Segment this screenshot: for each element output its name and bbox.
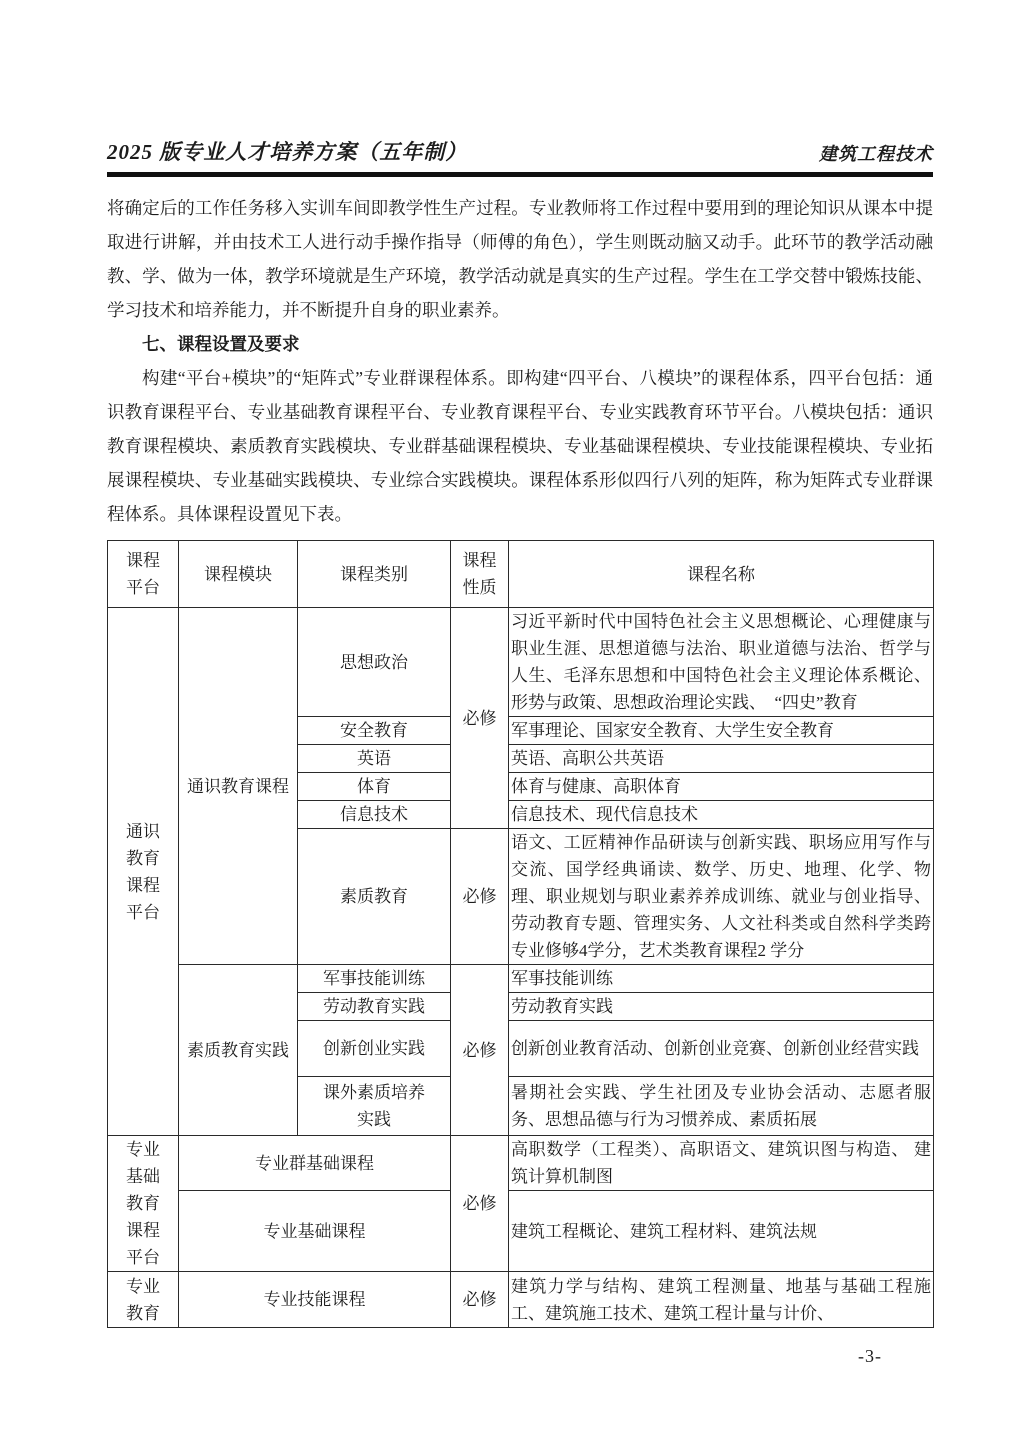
course-name-cell: 暑期社会实践、学生社团及专业协会活动、志愿者服务、思想品德与行为习惯养成、素质拓…	[509, 1077, 934, 1136]
nature-cell: 必修	[451, 1272, 509, 1328]
section-heading: 七、课程设置及要求	[107, 327, 933, 361]
category-cell: 专业技能课程	[179, 1272, 451, 1328]
module-cell-general: 通识教育课程	[179, 608, 298, 965]
nature-cell: 必修	[451, 1136, 509, 1272]
header-double-rule	[107, 172, 933, 177]
course-name-cell: 军事理论、国家安全教育、大学生安全教育	[509, 717, 934, 745]
course-name-cell: 建筑力学与结构、建筑工程测量、地基与基础工程施工、建筑施工技术、建筑工程计量与计…	[509, 1272, 934, 1328]
nature-cell: 必修	[451, 829, 509, 965]
paragraph-overview: 构建“平台+模块”的“矩阵式”专业群课程体系。即构建“四平台、八模块”的课程体系…	[107, 361, 933, 531]
course-structure-table: 课程 平台 课程模块 课程类别 课程 性质 课程名称 通识 教育 课程 平台 通…	[107, 540, 934, 1328]
platform-cell-pro-edu: 专业 教育	[108, 1272, 179, 1328]
course-name-cell: 体育与健康、高职体育	[509, 773, 934, 801]
col-header-category: 课程类别	[298, 541, 451, 608]
module-cell-quality: 素质教育实践	[179, 965, 298, 1136]
body-text: 将确定后的工作任务移入实训车间即教学性生产过程。专业教师将工作过程中要用到的理论…	[107, 191, 933, 531]
category-cell: 劳动教育实践	[298, 993, 451, 1021]
nature-cell: 必修	[451, 608, 509, 829]
course-name-cell: 信息技术、现代信息技术	[509, 801, 934, 829]
category-cell: 课外素质培养 实践	[298, 1077, 451, 1136]
category-cell: 素质教育	[298, 829, 451, 965]
document-page: 2025 版专业人才培养方案（五年制） 建筑工程技术 将确定后的工作任务移入实训…	[0, 0, 1024, 1448]
table-row: 专业基础课程 建筑工程概论、建筑工程材料、建筑法规	[108, 1191, 934, 1272]
category-cell: 英语	[298, 745, 451, 773]
category-cell: 军事技能训练	[298, 965, 451, 993]
category-cell: 体育	[298, 773, 451, 801]
page-content: 2025 版专业人才培养方案（五年制） 建筑工程技术 将确定后的工作任务移入实训…	[107, 136, 933, 1328]
category-cell: 专业群基础课程	[179, 1136, 451, 1191]
course-name-cell: 语文、工匠精神作品研读与创新实践、职场应用写作与交流、国学经典诵读、数学、历史、…	[509, 829, 934, 965]
nature-cell: 必修	[451, 965, 509, 1136]
course-name-cell: 建筑工程概论、建筑工程材料、建筑法规	[509, 1191, 934, 1272]
header-title-right: 建筑工程技术	[819, 140, 933, 166]
table-row: 专业 基础 教育 课程 平台 专业群基础课程 必修 高职数学（工程类）、高职语文…	[108, 1136, 934, 1191]
category-cell: 思想政治	[298, 608, 451, 717]
page-number: -3-	[858, 1346, 882, 1367]
category-cell: 信息技术	[298, 801, 451, 829]
table-header-row: 课程 平台 课程模块 课程类别 课程 性质 课程名称	[108, 541, 934, 608]
running-header: 2025 版专业人才培养方案（五年制） 建筑工程技术	[107, 136, 933, 177]
header-title-left: 2025 版专业人才培养方案（五年制）	[107, 136, 467, 166]
course-name-cell: 高职数学（工程类）、高职语文、建筑识图与构造、 建筑计算机制图	[509, 1136, 934, 1191]
col-header-name: 课程名称	[509, 541, 934, 608]
platform-cell-general: 通识 教育 课程 平台	[108, 608, 179, 1136]
table-row: 通识 教育 课程 平台 通识教育课程 思想政治 必修 习近平新时代中国特色社会主…	[108, 608, 934, 717]
course-name-cell: 习近平新时代中国特色社会主义思想概论、心理健康与职业生涯、思想道德与法治、职业道…	[509, 608, 934, 717]
table-row: 专业 教育 专业技能课程 必修 建筑力学与结构、建筑工程测量、地基与基础工程施工…	[108, 1272, 934, 1328]
course-name-cell: 创新创业教育活动、创新创业竞赛、创新创业经营实践	[509, 1021, 934, 1077]
category-cell: 安全教育	[298, 717, 451, 745]
col-header-nature: 课程 性质	[451, 541, 509, 608]
category-cell: 专业基础课程	[179, 1191, 451, 1272]
course-name-cell: 军事技能训练	[509, 965, 934, 993]
course-name-cell: 英语、高职公共英语	[509, 745, 934, 773]
col-header-platform: 课程 平台	[108, 541, 179, 608]
course-name-cell: 劳动教育实践	[509, 993, 934, 1021]
paragraph-continued: 将确定后的工作任务移入实训车间即教学性生产过程。专业教师将工作过程中要用到的理论…	[107, 191, 933, 327]
table-row: 素质教育实践 军事技能训练 必修 军事技能训练	[108, 965, 934, 993]
platform-cell-pro-basic: 专业 基础 教育 课程 平台	[108, 1136, 179, 1272]
category-cell: 创新创业实践	[298, 1021, 451, 1077]
col-header-module: 课程模块	[179, 541, 298, 608]
